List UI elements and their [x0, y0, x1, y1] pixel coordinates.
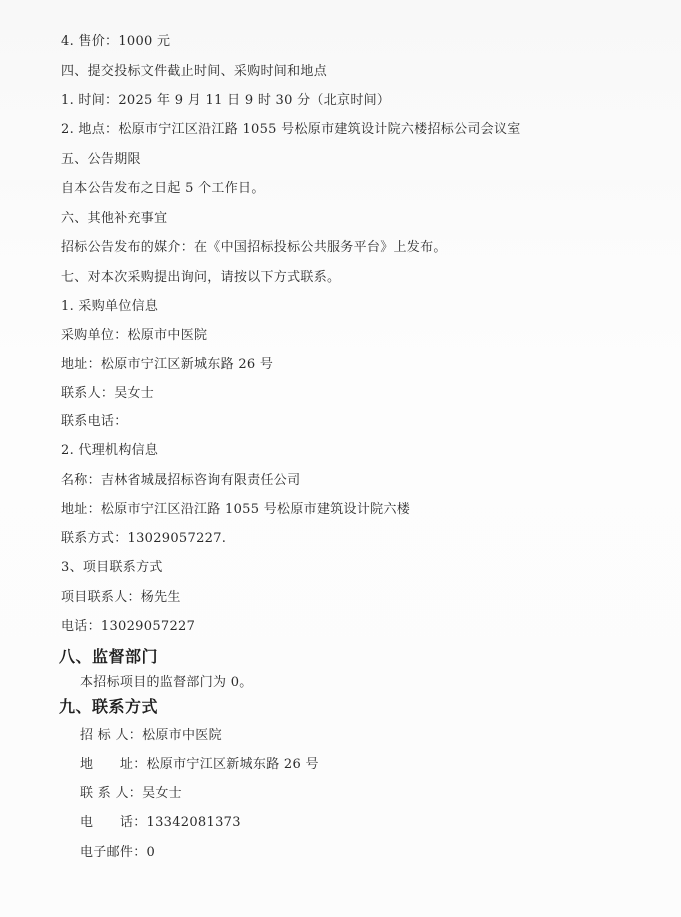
field-label: 地 址：: [80, 756, 147, 774]
purchaser-contact-line: 联系人：吴女士: [61, 385, 154, 403]
section-8-heading: 八、监督部门: [59, 647, 158, 667]
project-contact-title: 3、项目联系方式: [61, 559, 163, 577]
purchaser-phone-line: 联系电话：: [61, 413, 128, 431]
field-value: 松原市中医院: [142, 728, 222, 743]
tenderer-field: 招 标 人：松原市中医院: [80, 727, 222, 745]
location-line: 2. 地点：松原市宁江区沿江路 1055 号松原市建筑设计院六楼招标公司会议室: [61, 121, 521, 139]
email-field: 电子邮件：0: [80, 844, 155, 862]
agency-address-line: 地址：松原市宁江区沿江路 1055 号松原市建筑设计院六楼: [61, 501, 410, 519]
address-field: 地 址：松原市宁江区新城东路 26 号: [80, 756, 319, 774]
project-phone-line: 电话：13029057227: [61, 618, 195, 636]
purchaser-info-title: 1. 采购单位信息: [61, 298, 158, 316]
document-page: 4. 售价：1000 元 四、提交投标文件截止时间、采购时间和地点 1. 时间：…: [0, 0, 681, 917]
agency-name-line: 名称：吉林省城晟招标咨询有限责任公司: [61, 472, 300, 490]
deadline-time-line: 1. 时间：2025 年 9 月 11 日 9 时 30 分（北京时间）: [61, 92, 390, 110]
field-label: 电子邮件：: [80, 844, 147, 862]
field-label: 电 话：: [80, 814, 147, 832]
publication-media-line: 招标公告发布的媒介：在《中国招标投标公共服务平台》上发布。: [61, 239, 447, 257]
purchaser-address-line: 地址：松原市宁江区新城东路 26 号: [61, 356, 273, 374]
section-6-title: 六、其他补充事宜: [61, 210, 167, 228]
section-5-title: 五、公告期限: [61, 151, 141, 169]
section-7-title: 七、对本次采购提出询问，请按以下方式联系。: [61, 269, 340, 287]
agency-contact-line: 联系方式：13029057227.: [61, 530, 226, 548]
field-value: 松原市宁江区新城东路 26 号: [147, 757, 319, 772]
field-label: 招 标 人：: [80, 727, 142, 745]
field-label: 联 系 人：: [80, 785, 142, 803]
field-value: 吴女士: [142, 786, 182, 801]
purchaser-name-line: 采购单位：松原市中医院: [61, 327, 207, 345]
section-4-title: 四、提交投标文件截止时间、采购时间和地点: [61, 63, 327, 81]
price-line: 4. 售价：1000 元: [61, 33, 170, 51]
supervision-body: 本招标项目的监督部门为 0。: [80, 674, 253, 692]
contact-person-field: 联 系 人：吴女士: [80, 785, 182, 803]
phone-field: 电 话：13342081373: [80, 814, 241, 832]
agency-info-title: 2. 代理机构信息: [61, 442, 158, 460]
section-9-heading: 九、联系方式: [59, 697, 158, 717]
field-value: 13342081373: [147, 815, 241, 830]
notice-period-line: 自本公告发布之日起 5 个工作日。: [61, 180, 265, 198]
project-contact-person-line: 项目联系人：杨先生: [61, 589, 181, 607]
field-value: 0: [147, 845, 156, 860]
